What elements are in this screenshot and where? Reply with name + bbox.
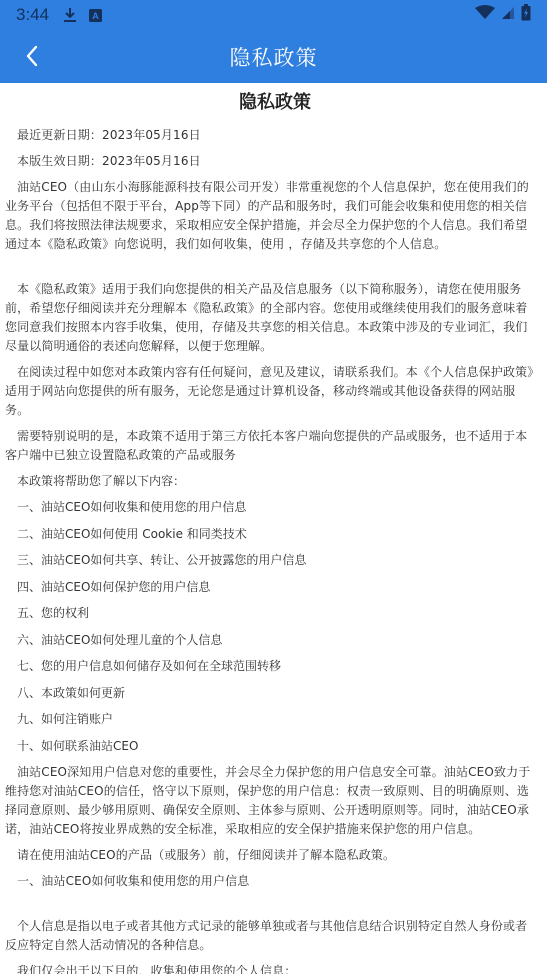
wifi-icon [475, 5, 495, 25]
cellular-signal-icon [501, 6, 515, 25]
scope-paragraph: 本《隐私政策》适用于我们向您提供的相关产品及信息服务（以下简称服务），请您在使用… [5, 280, 539, 356]
exclusion-paragraph: 需要特别说明的是，本政策不适用于第三方依托本客户端向您提供的产品或服务，也不适用… [5, 427, 539, 465]
back-button[interactable] [18, 42, 46, 70]
status-right-icons [475, 4, 531, 26]
updated-date: 最近更新日期：2023年05月16日 [5, 126, 539, 145]
status-time: 3:44 [16, 5, 49, 25]
section-1-heading: 一、油站CEO如何收集和使用您的用户信息 [5, 872, 539, 891]
personal-info-definition: 个人信息是指以电子或者其他方式记录的能够单独或者与其他信息结合识别特定自然人身份… [5, 917, 539, 955]
download-icon [63, 7, 77, 23]
effective-date: 本版生效日期：2023年05月16日 [5, 152, 539, 171]
toc-item: 九、如何注销账户 [17, 710, 539, 737]
status-bar: 3:44 A [0, 0, 547, 30]
toc-item: 八、本政策如何更新 [17, 684, 539, 711]
toc-item: 六、油站CEO如何处理儿童的个人信息 [17, 631, 539, 658]
app-title: 隐私政策 [230, 42, 318, 72]
purpose-intro: 我们仅会出于以下目的，收集和使用您的个人信息： [5, 962, 539, 974]
document-title: 隐私政策 [11, 89, 539, 117]
toc-item: 三、油站CEO如何共享、转让、公开披露您的用户信息 [17, 551, 539, 578]
spacer [5, 898, 539, 917]
toc-item: 五、您的权利 [17, 604, 539, 631]
chevron-left-icon [25, 45, 39, 67]
read-notice-paragraph: 请在使用油站CEO的产品（或服务）前，仔细阅读并了解本隐私政策。 [5, 846, 539, 865]
principles-paragraph: 油站CEO深知用户信息对您的重要性，并会尽全力保护您的用户信息安全可靠。油站CE… [5, 763, 539, 839]
keyboard-a-icon: A [89, 9, 102, 22]
policy-content[interactable]: 隐私政策 最近更新日期：2023年05月16日 本版生效日期：2023年05月1… [0, 83, 547, 974]
toc-item: 二、油站CEO如何使用 Cookie 和同类技术 [17, 525, 539, 552]
app-bar: 隐私政策 [0, 30, 547, 83]
contact-paragraph: 在阅读过程中如您对本政策内容有任何疑问，意见及建议，请联系我们。本《个人信息保护… [5, 363, 539, 420]
header: 3:44 A 隐私政策 [0, 0, 547, 83]
toc-item: 十、如何联系油站CEO [17, 737, 539, 764]
battery-charging-icon [521, 4, 531, 26]
toc-item: 四、油站CEO如何保护您的用户信息 [17, 578, 539, 605]
toc-item: 一、油站CEO如何收集和使用您的用户信息 [17, 498, 539, 525]
table-of-contents: 一、油站CEO如何收集和使用您的用户信息 二、油站CEO如何使用 Cookie … [5, 498, 539, 763]
spacer [5, 261, 539, 280]
toc-item: 七、您的用户信息如何储存及如何在全球范围转移 [17, 657, 539, 684]
intro-paragraph: 油站CEO（由山东小海豚能源科技有限公司开发）非常重视您的个人信息保护，您在使用… [5, 178, 539, 254]
toc-intro: 本政策将帮助您了解以下内容： [17, 472, 539, 491]
svg-text:A: A [92, 11, 99, 21]
